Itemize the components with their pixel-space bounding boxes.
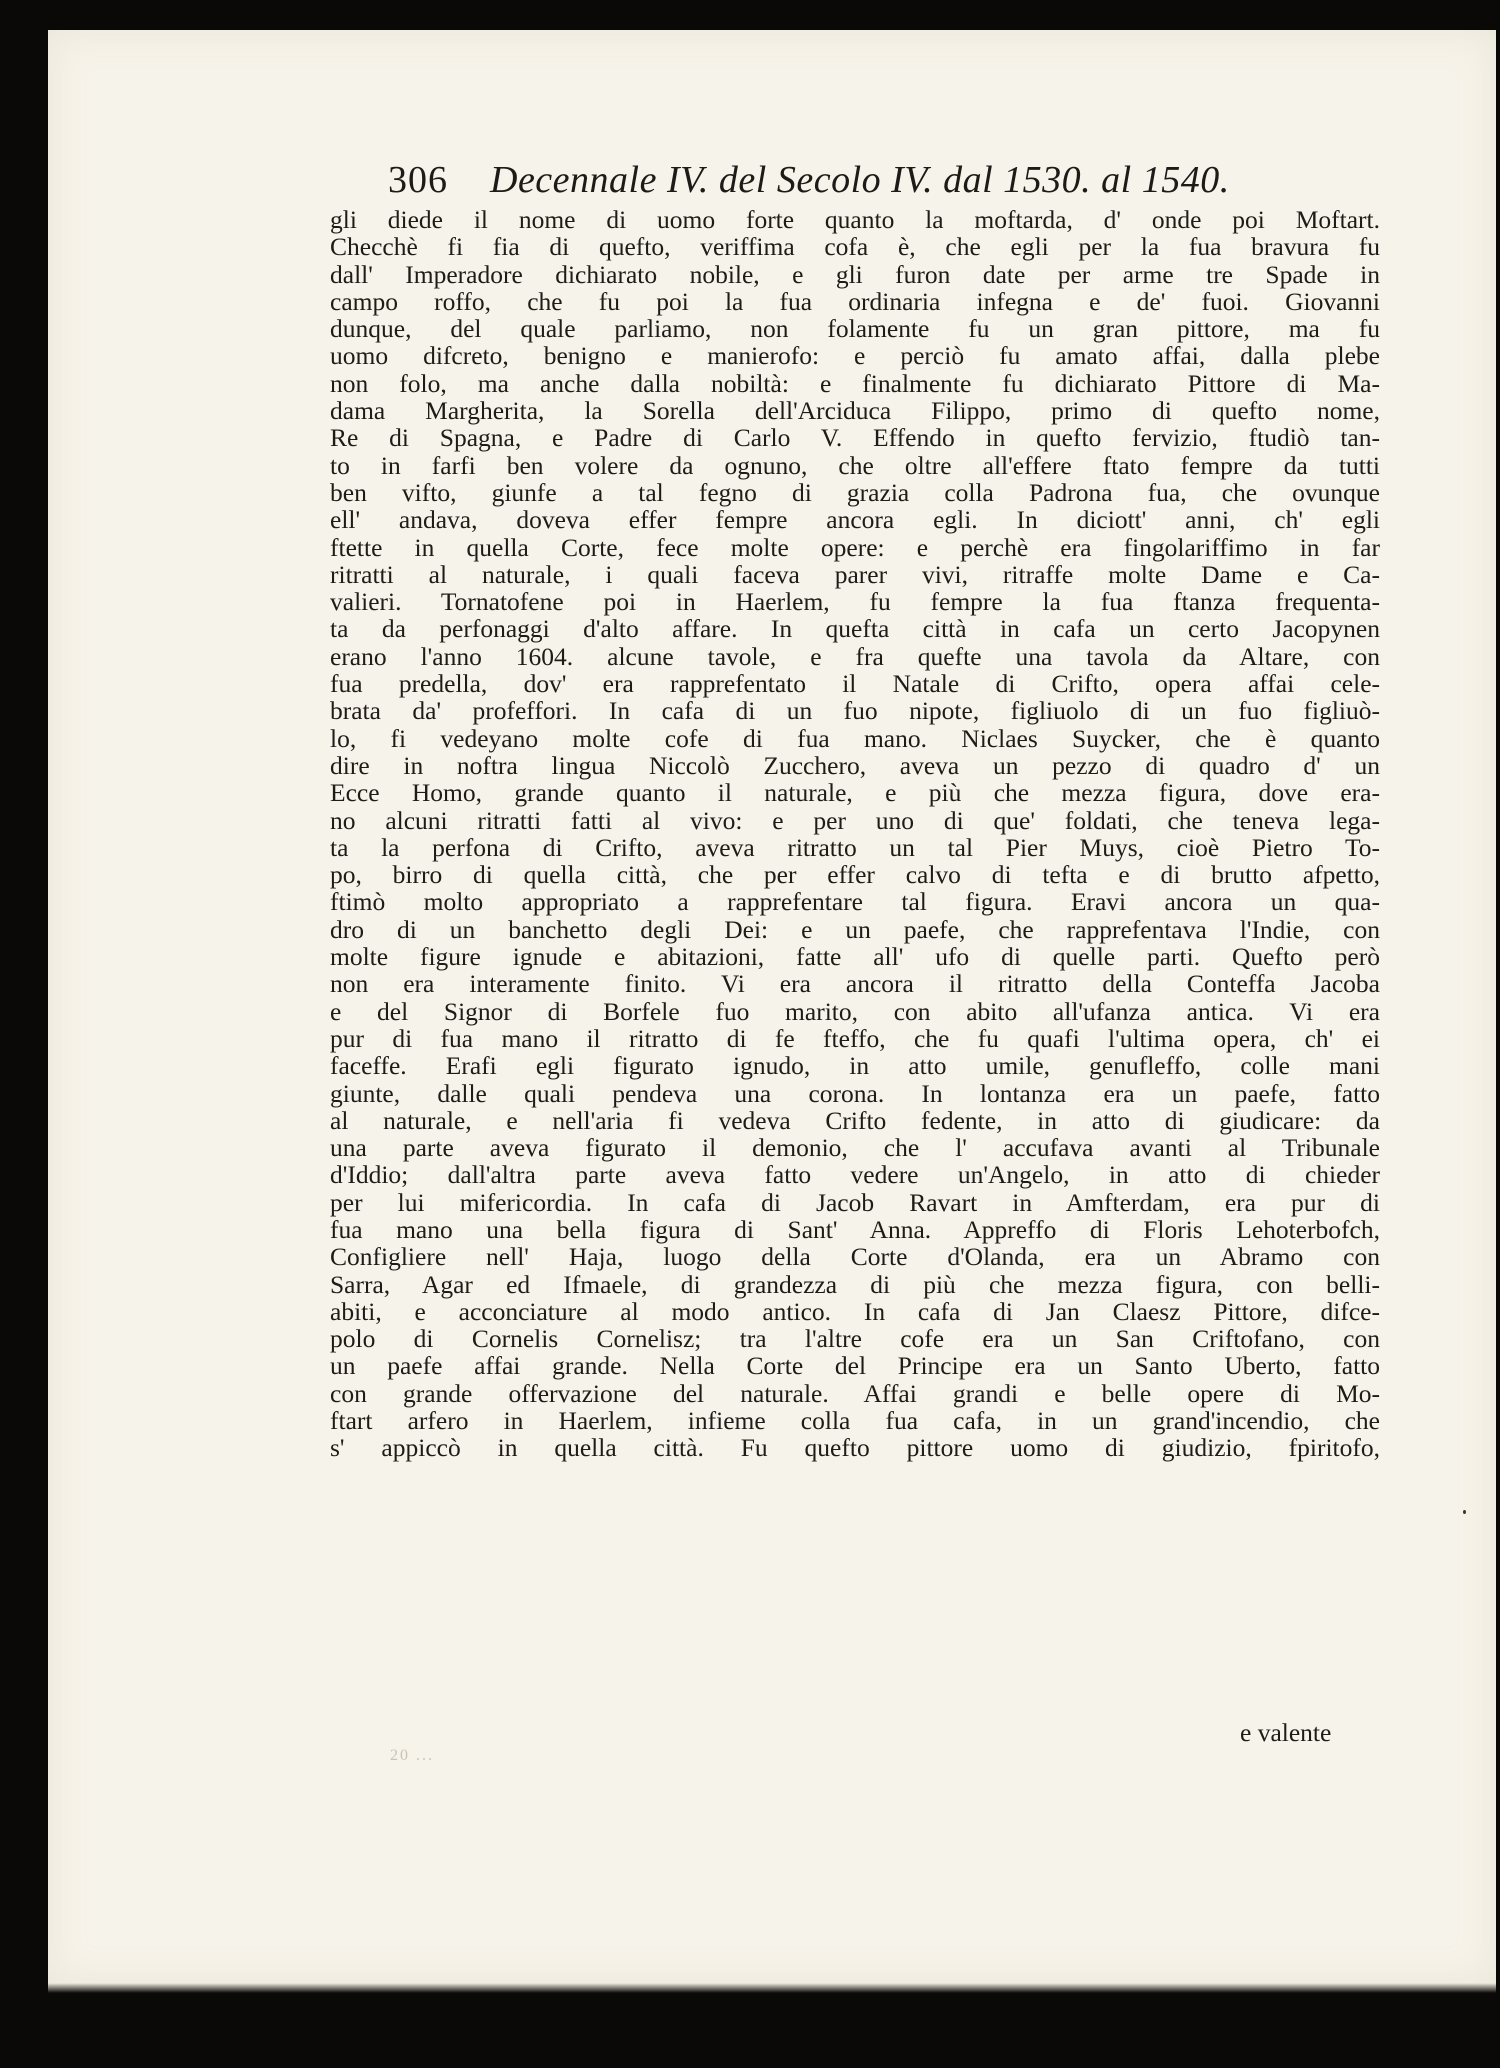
- text-line: non folo, ma anche dalla nobiltà: e fina…: [330, 370, 1380, 397]
- text-line: ell' andava, doveva effer fempre ancora …: [330, 506, 1380, 533]
- text-line: uomo difcreto, benigno e manierofo: e pe…: [330, 342, 1380, 369]
- text-line: dire in noftra lingua Niccolò Zucchero, …: [330, 752, 1380, 779]
- text-line: Configliere nell' Haja, luogo della Cort…: [330, 1243, 1380, 1270]
- text-line: Re di Spagna, e Padre di Carlo V. Effend…: [330, 424, 1380, 451]
- text-line: erano l'anno 1604. alcune tavole, e fra …: [330, 643, 1380, 670]
- text-line: per lui mifericordia. In cafa di Jacob R…: [330, 1189, 1380, 1216]
- text-line: brata da' profeffori. In cafa di un fuo …: [330, 697, 1380, 724]
- ink-speck: [1463, 1510, 1466, 1514]
- text-line: fua mano una bella figura di Sant' Anna.…: [330, 1216, 1380, 1243]
- text-line: ben vifto, giunfe a tal fegno di grazia …: [330, 479, 1380, 506]
- running-title: Decennale IV. del Secolo IV. dal 1530. a…: [490, 158, 1230, 202]
- text-line: dama Margherita, la Sorella dell'Arciduc…: [330, 397, 1380, 424]
- text-line: lo, fi vedeyano molte cofe di fua mano. …: [330, 725, 1380, 752]
- text-line: ta da perfonaggi d'alto affare. In queft…: [330, 615, 1380, 642]
- text-line: ritratti al naturale, i quali faceva par…: [330, 561, 1380, 588]
- running-head: 306 Decennale IV. del Secolo IV. dal 153…: [388, 158, 1388, 202]
- text-line: no alcuni ritratti fatti al vivo: e per …: [330, 807, 1380, 834]
- text-line: valieri. Tornatofene poi in Haerlem, fu …: [330, 588, 1380, 615]
- text-line: ta la perfona di Crifto, aveva ritratto …: [330, 834, 1380, 861]
- catchword: e valente: [1240, 1718, 1331, 1748]
- body-text: gli diede il nome di uomo forte quanto l…: [330, 206, 1380, 1462]
- text-line: d'Iddio; dall'altra parte aveva fatto ve…: [330, 1161, 1380, 1188]
- text-line: al naturale, e nell'aria fi vedeva Crift…: [330, 1107, 1380, 1134]
- text-line: pur di fua mano il ritratto di fe fteffo…: [330, 1025, 1380, 1052]
- text-line: con grande offervazione del naturale. Af…: [330, 1380, 1380, 1407]
- text-line: po, birro di quella città, che per effer…: [330, 861, 1380, 888]
- text-line: to in farfi ben volere da ognuno, che ol…: [330, 452, 1380, 479]
- text-line: dunque, del quale parliamo, non folament…: [330, 315, 1380, 342]
- text-line: un paefe affai grande. Nella Corte del P…: [330, 1352, 1380, 1379]
- text-line: s' appiccò in quella città. Fu quefto pi…: [330, 1434, 1380, 1461]
- text-line: Sarra, Agar ed Ifmaele, di grandezza di …: [330, 1271, 1380, 1298]
- text-line: ftart arfero in Haerlem, infieme colla f…: [330, 1407, 1380, 1434]
- text-line: dro di un banchetto degli Dei: e un paef…: [330, 916, 1380, 943]
- text-line: giunte, dalle quali pendeva una corona. …: [330, 1080, 1380, 1107]
- text-line: fua predella, dov' era rapprefentato il …: [330, 670, 1380, 697]
- text-line: dall' Imperadore dichiarato nobile, e gl…: [330, 261, 1380, 288]
- text-line: Checchè fi fia di quefto, veriffima cofa…: [330, 233, 1380, 260]
- text-line: ftette in quella Corte, fece molte opere…: [330, 534, 1380, 561]
- text-line: abiti, e acconciature al modo antico. In…: [330, 1298, 1380, 1325]
- text-line: non era interamente finito. Vi era ancor…: [330, 970, 1380, 997]
- text-line: e del Signor di Borfele fuo marito, con …: [330, 998, 1380, 1025]
- signature-mark: 20 ...: [390, 1747, 434, 1765]
- text-line: polo di Cornelis Cornelisz; tra l'altre …: [330, 1325, 1380, 1352]
- text-line: ftimò molto appropriato a rapprefentare …: [330, 888, 1380, 915]
- text-line: gli diede il nome di uomo forte quanto l…: [330, 206, 1380, 233]
- page-number: 306: [388, 158, 448, 202]
- text-line: molte figure ignude e abitazioni, fatte …: [330, 943, 1380, 970]
- text-line: campo roffo, che fu poi la fua ordinaria…: [330, 288, 1380, 315]
- text-line: Ecce Homo, grande quanto il naturale, e …: [330, 779, 1380, 806]
- text-line: faceffe. Erafi egli figurato ignudo, in …: [330, 1052, 1380, 1079]
- book-page: 306 Decennale IV. del Secolo IV. dal 153…: [48, 30, 1496, 1985]
- text-line: una parte aveva figurato il demonio, che…: [330, 1134, 1380, 1161]
